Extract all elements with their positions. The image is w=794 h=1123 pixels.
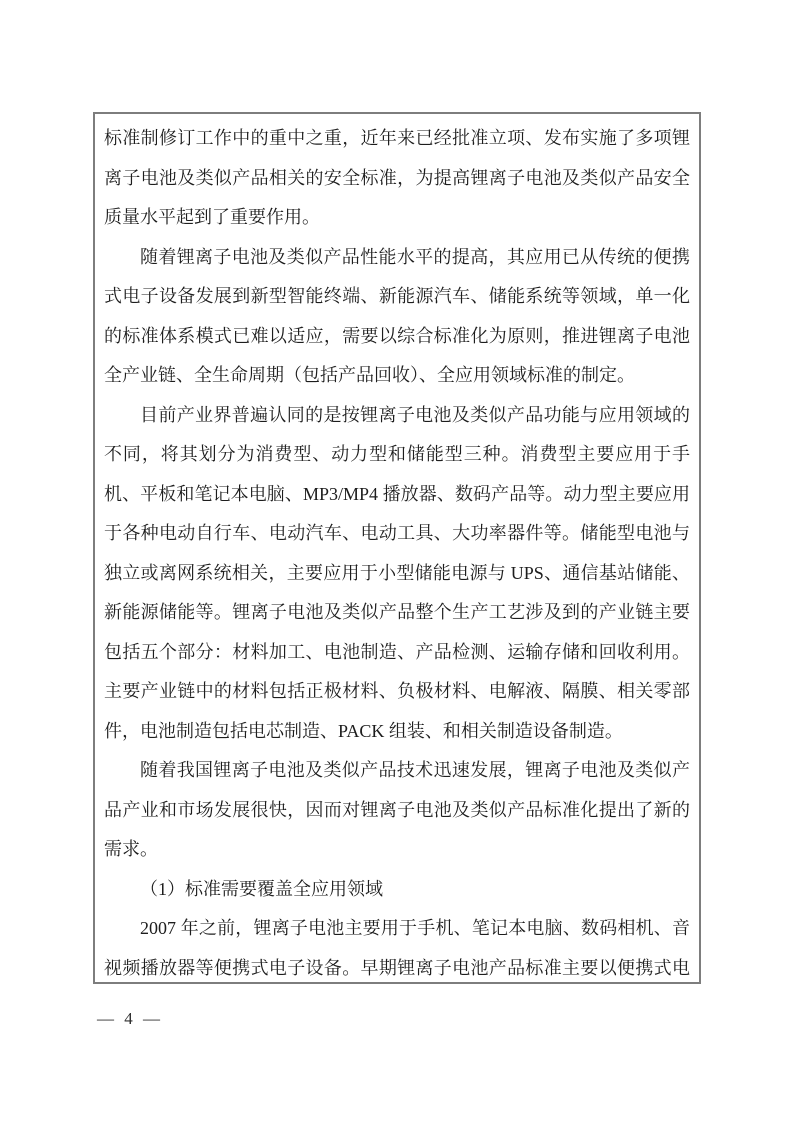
- paragraph: 随着我国锂离子电池及类似产品技术迅速发展，锂离子电池及类似产品产业和市场发展很快…: [104, 751, 690, 870]
- paragraph: （1）标准需要覆盖全应用领域: [104, 870, 690, 910]
- paragraph: 标准制修订工作中的重中之重，近年来已经批准立项、发布实施了多项锂离子电池及类似产…: [104, 119, 690, 238]
- paragraph: 随着锂离子电池及类似产品性能水平的提高，其应用已从传统的便携式电子设备发展到新型…: [104, 238, 690, 396]
- document-page: 标准制修订工作中的重中之重，近年来已经批准立项、发布实施了多项锂离子电池及类似产…: [0, 0, 794, 1123]
- paragraph: 2007 年之前，锂离子电池主要用于手机、笔记本电脑、数码相机、音视频播放器等便…: [104, 909, 690, 984]
- paragraph: 目前产业界普遍认同的是按锂离子电池及类似产品功能与应用领域的不同，将其划分为消费…: [104, 396, 690, 752]
- document-text-box: 标准制修订工作中的重中之重，近年来已经批准立项、发布实施了多项锂离子电池及类似产…: [93, 112, 701, 984]
- page-number: — 4 —: [97, 1009, 163, 1029]
